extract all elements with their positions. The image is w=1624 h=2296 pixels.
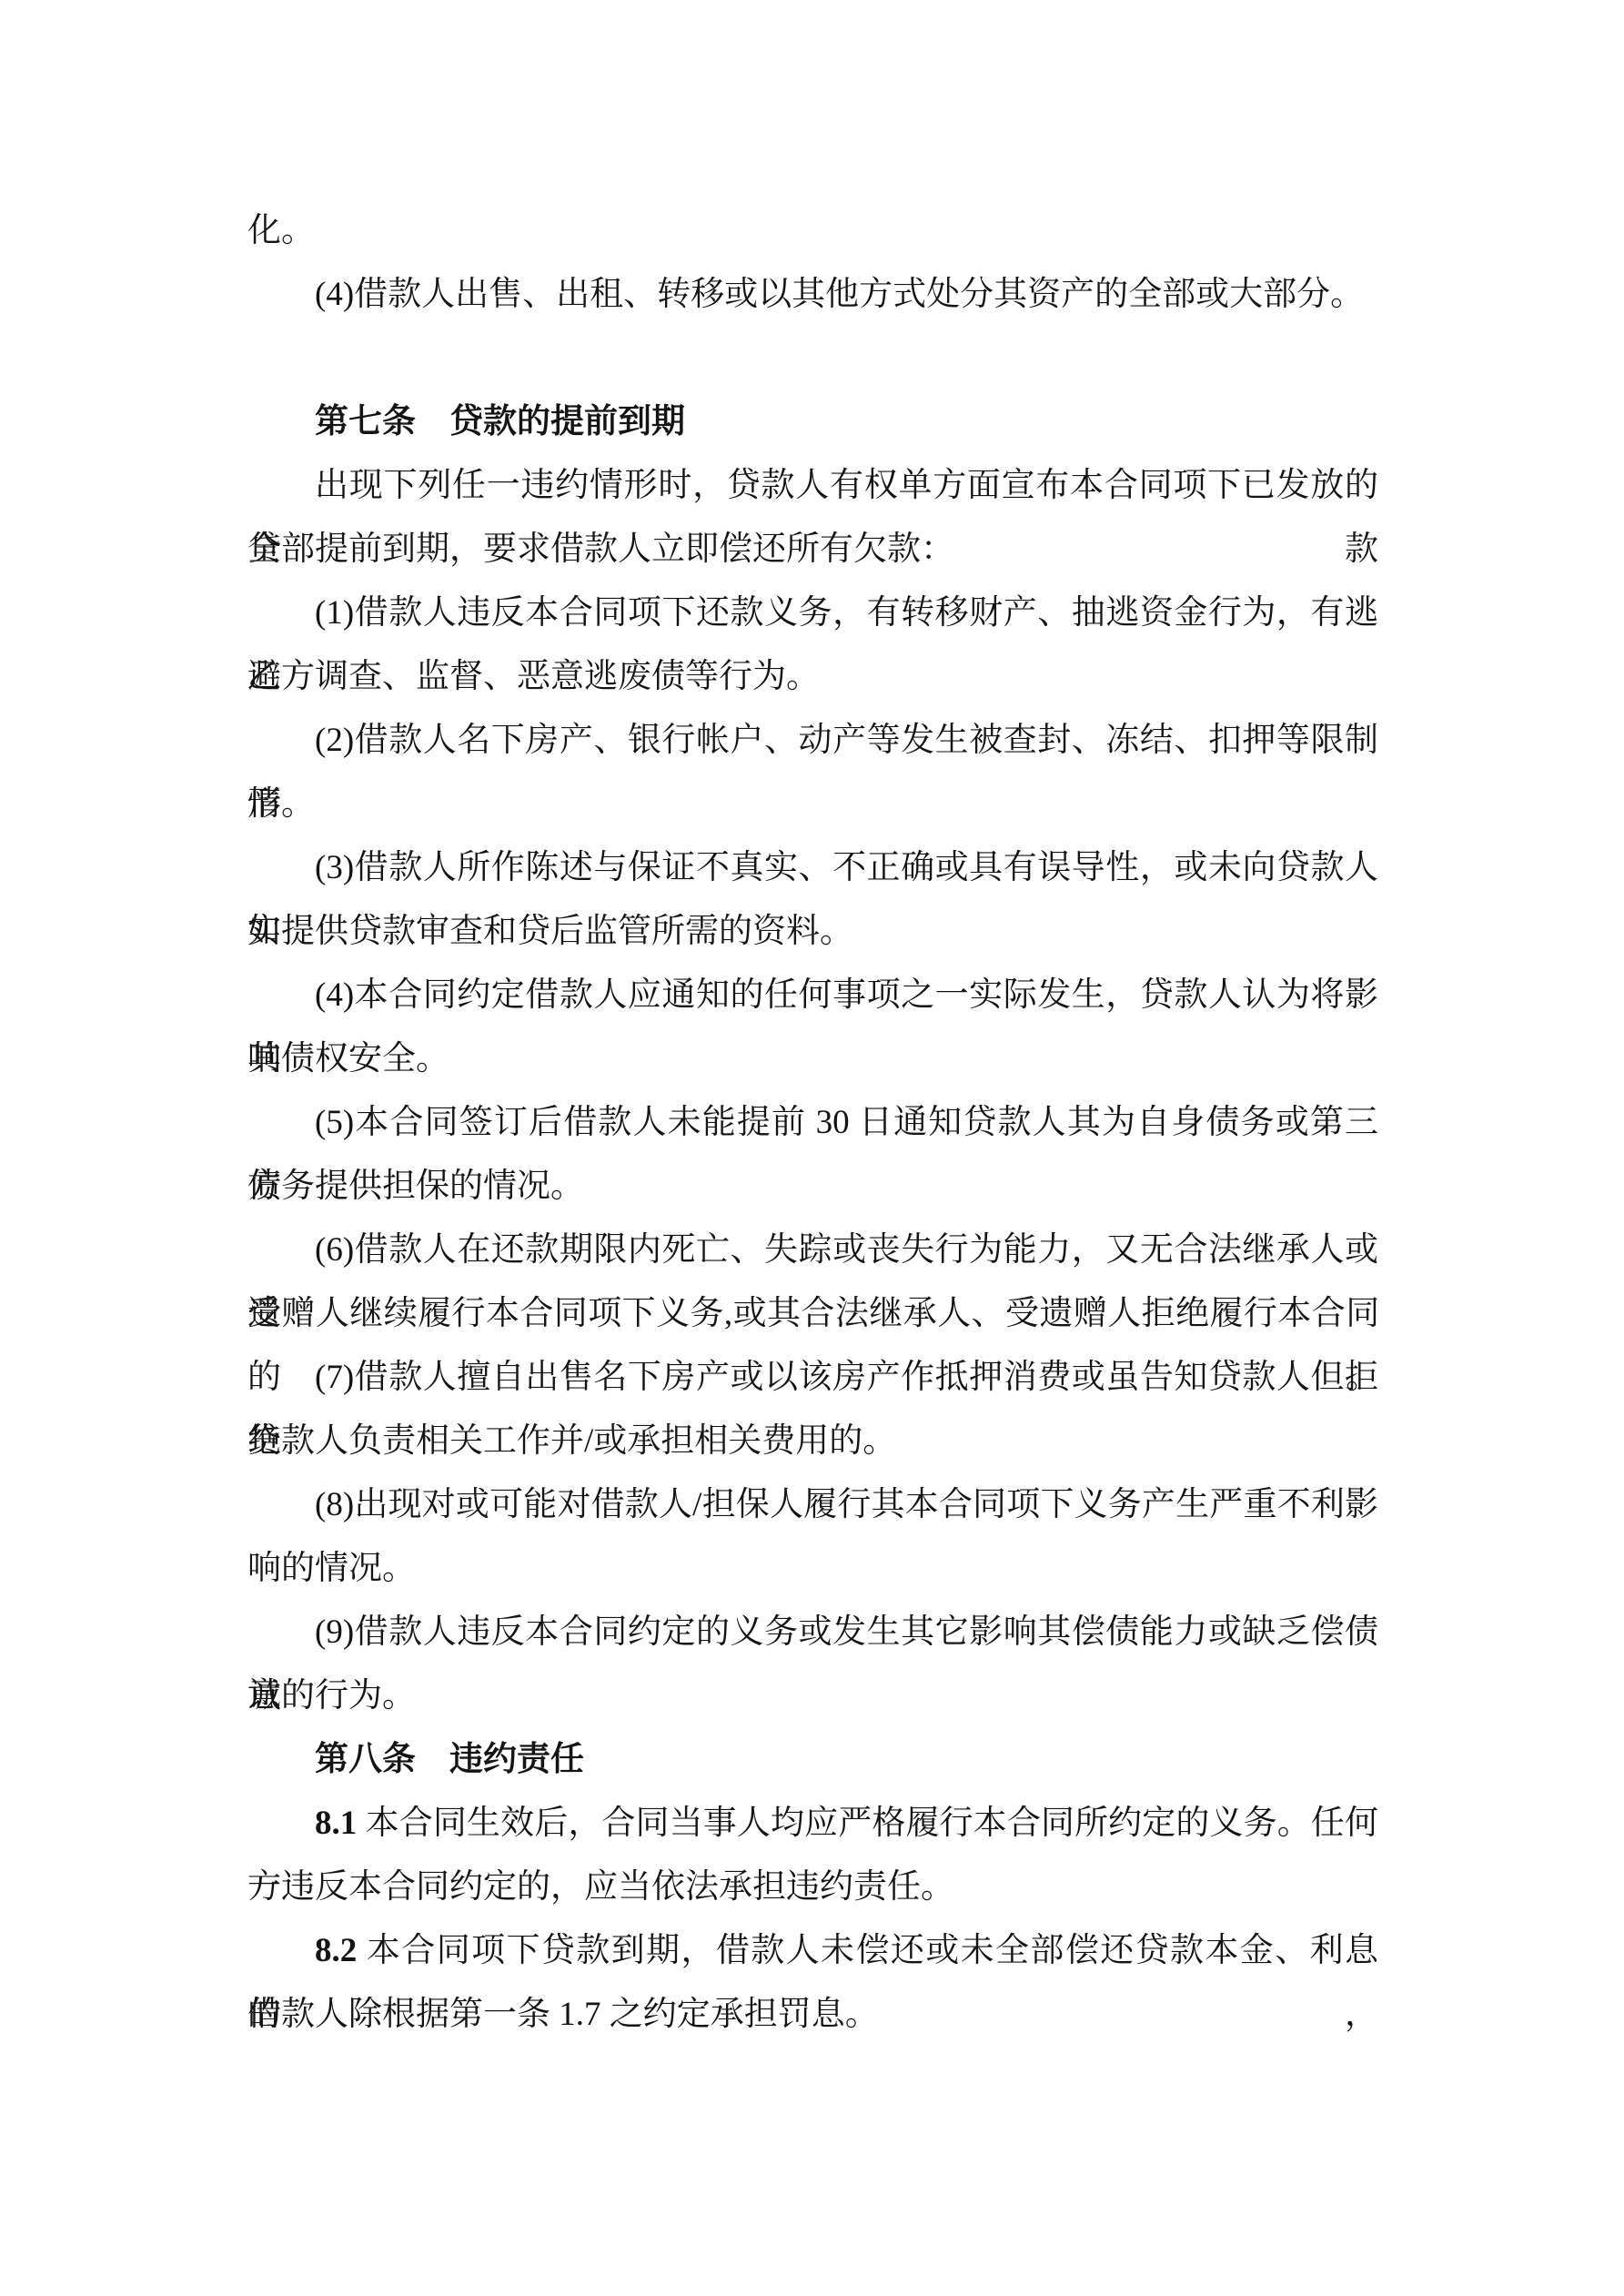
document-line: (4)本合同约定借款人应通知的任何事项之一实际发生，贷款人认为将影响 <box>247 964 1378 1027</box>
section-heading: 第七条 贷款的提前到期 <box>247 390 1378 454</box>
document-line: 形。 <box>247 773 1378 836</box>
document-line: 方违反本合同约定的，应当依法承担违约责任。 <box>247 1856 1378 1919</box>
document-line: 乙方调查、监督、恶意逃废债等行为。 <box>247 645 1378 709</box>
document-line: 8.2 本合同项下贷款到期，借款人未偿还或未全部偿还贷款本金、利息的， <box>247 1919 1378 1983</box>
document-line: (9)借款人违反本合同约定的义务或发生其它影响其偿债能力或缺乏偿债诚 <box>247 1601 1378 1664</box>
clause-number: 8.1 <box>315 1805 357 1842</box>
document-line: 化。 <box>247 199 1378 263</box>
document-line: 贷款人负责相关工作并/或承担相关费用的。 <box>247 1410 1378 1473</box>
document-line: 遗赠人继续履行本合同项下义务,或其合法继承人、受遗赠人拒绝履行本合同的。 <box>247 1282 1378 1346</box>
document-line: 债务提供担保的情况。 <box>247 1155 1378 1219</box>
document-line: 出现下列任一违约情形时，贷款人有权单方面宣布本合同项下已发放的贷款 <box>247 454 1378 518</box>
document-line: (6)借款人在还款期限内死亡、失踪或丧失行为能力，又无合法继承人或受 <box>247 1219 1378 1282</box>
document-line: (4)借款人出售、出租、转移或以其他方式处分其资产的全部或大部分。 <box>247 263 1378 327</box>
document-line: 实提供贷款审查和贷后监管所需的资料。 <box>247 900 1378 964</box>
document-line: 响的情况。 <box>247 1537 1378 1601</box>
document-line: 其债权安全。 <box>247 1027 1378 1091</box>
document-line: (8)出现对或可能对借款人/担保人履行其本合同项下义务产生严重不利影 <box>247 1473 1378 1537</box>
document-line: (7)借款人擅自出售名下房产或以该房产作抵押消费或虽告知贷款人但拒绝 <box>247 1346 1378 1410</box>
document-line: (1)借款人违反本合同项下还款义务，有转移财产、抽逃资金行为，有逃避 <box>247 582 1378 645</box>
document-line: 8.1 本合同生效后，合同当事人均应严格履行本合同所约定的义务。任何一 <box>247 1792 1378 1856</box>
document-line: (3)借款人所作陈述与保证不真实、不正确或具有误导性，或未向贷款人如 <box>247 836 1378 900</box>
blank-line <box>247 327 1378 390</box>
document-body: 化。(4)借款人出售、出租、转移或以其他方式处分其资产的全部或大部分。第七条 贷… <box>247 199 1378 2047</box>
document-line: (2)借款人名下房产、银行帐户、动产等发生被查封、冻结、扣押等限制情 <box>247 709 1378 773</box>
document-line: 意的行为。 <box>247 1664 1378 1728</box>
section-heading: 第八条 违约责任 <box>247 1728 1378 1792</box>
document-page: 化。(4)借款人出售、出租、转移或以其他方式处分其资产的全部或大部分。第七条 贷… <box>0 0 1624 2296</box>
document-line: (5)本合同签订后借款人未能提前 30 日通知贷款人其为自身债务或第三方 <box>247 1091 1378 1155</box>
clause-number: 8.2 <box>315 1932 357 1969</box>
